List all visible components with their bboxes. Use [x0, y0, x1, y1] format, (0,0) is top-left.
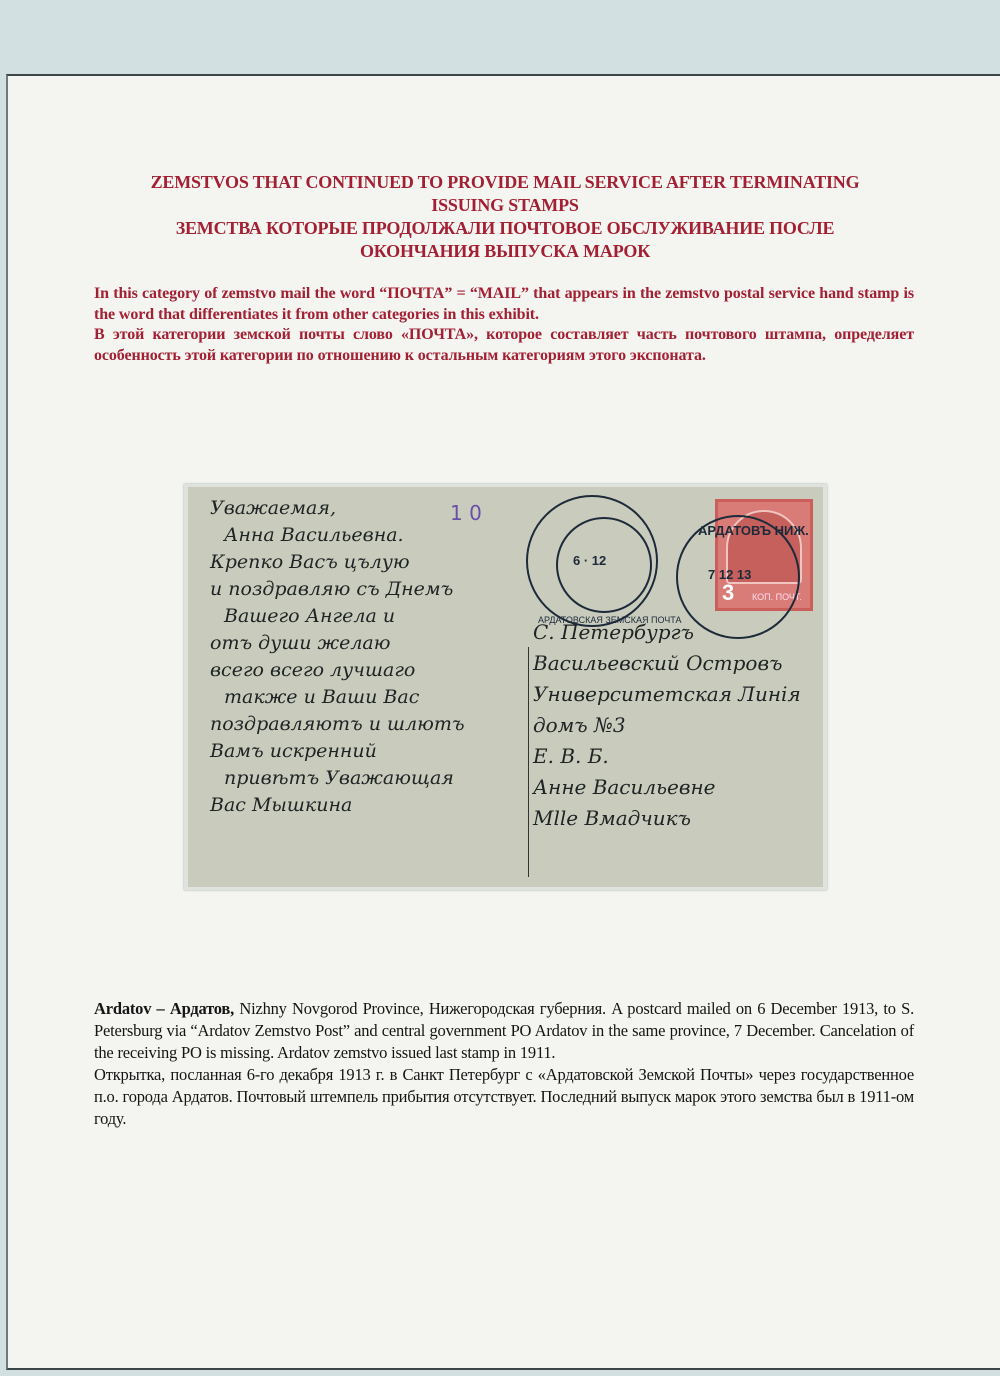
- government-postmark-label: АРДАТОВЪ НИЖ.: [698, 523, 809, 538]
- title-en-line2: ISSUING STAMPS: [80, 194, 930, 217]
- message-line: отъ души желаю: [210, 630, 465, 657]
- violet-mark: 1 0: [450, 501, 482, 525]
- intro-en: In this category of zemstvo mail the wor…: [94, 284, 914, 325]
- address-line: домъ №3: [533, 710, 801, 741]
- message-line: поздравляютъ и шлютъ: [210, 711, 465, 738]
- message-line: Анна Васильевна.: [210, 522, 465, 549]
- page-title: ZEMSTVOS THAT CONTINUED TO PROVIDE MAIL …: [80, 171, 930, 263]
- postcard-divider: [528, 647, 529, 877]
- intro-text: In this category of zemstvo mail the wor…: [94, 284, 914, 366]
- title-en-line1: ZEMSTVOS THAT CONTINUED TO PROVIDE MAIL …: [80, 171, 930, 194]
- caption-lead: Ardatov – Ардатов,: [94, 999, 234, 1018]
- message-line: Крепко Васъ цълую: [210, 549, 465, 576]
- address-line: Mlle Вмадчикъ: [533, 803, 801, 834]
- address-line: Университетская Линія: [533, 679, 801, 710]
- address-line: Васильевский Островъ: [533, 648, 801, 679]
- zemstvo-postmark-label: АРДАТОВСКАЯ ЗЕМСКАЯ ПОЧТА: [538, 615, 682, 625]
- message-line: всего всего лучшаго: [210, 657, 465, 684]
- message-line: Вашего Ангела и: [210, 603, 465, 630]
- caption-ru: Открытка, посланная 6-го декабря 1913 г.…: [94, 1064, 914, 1130]
- postcard: Уважаемая,Анна Васильевна.Крепко Васъ цъ…: [188, 487, 823, 887]
- title-ru-line2: ОКОНЧАНИЯ ВЫПУСКА МАРОК: [80, 240, 930, 263]
- zemstvo-postmark-date: 6 · 12: [573, 553, 606, 568]
- intro-ru: В этой категории земской почты слово «ПО…: [94, 325, 914, 366]
- address-line: Анне Васильевне: [533, 772, 801, 803]
- message-line: Вамъ искренний: [210, 738, 465, 765]
- postcard-message: Уважаемая,Анна Васильевна.Крепко Васъ цъ…: [210, 495, 465, 819]
- address-line: Е. В. Б.: [533, 741, 801, 772]
- message-line: также и Ваши Вас: [210, 684, 465, 711]
- message-line: Вас Мышкина: [210, 792, 465, 819]
- message-line: Уважаемая,: [210, 495, 465, 522]
- postcard-mount: Уважаемая,Анна Васильевна.Крепко Васъ цъ…: [184, 484, 827, 890]
- caption-en: Ardatov – Ардатов, Nizhny Novgorod Provi…: [94, 998, 914, 1064]
- message-line: привѣтъ Уважающая: [210, 765, 465, 792]
- postcard-address: С. ПетербургъВасильевский ОстровъУниверс…: [533, 617, 801, 834]
- caption: Ardatov – Ардатов, Nizhny Novgorod Provi…: [94, 998, 914, 1130]
- government-postmark-date: 7 12 13: [708, 567, 751, 582]
- message-line: и поздравляю съ Днемъ: [210, 576, 465, 603]
- title-ru-line1: ЗЕМСТВА КОТОРЫЕ ПРОДОЛЖАЛИ ПОЧТОВОЕ ОБСЛ…: [80, 217, 930, 240]
